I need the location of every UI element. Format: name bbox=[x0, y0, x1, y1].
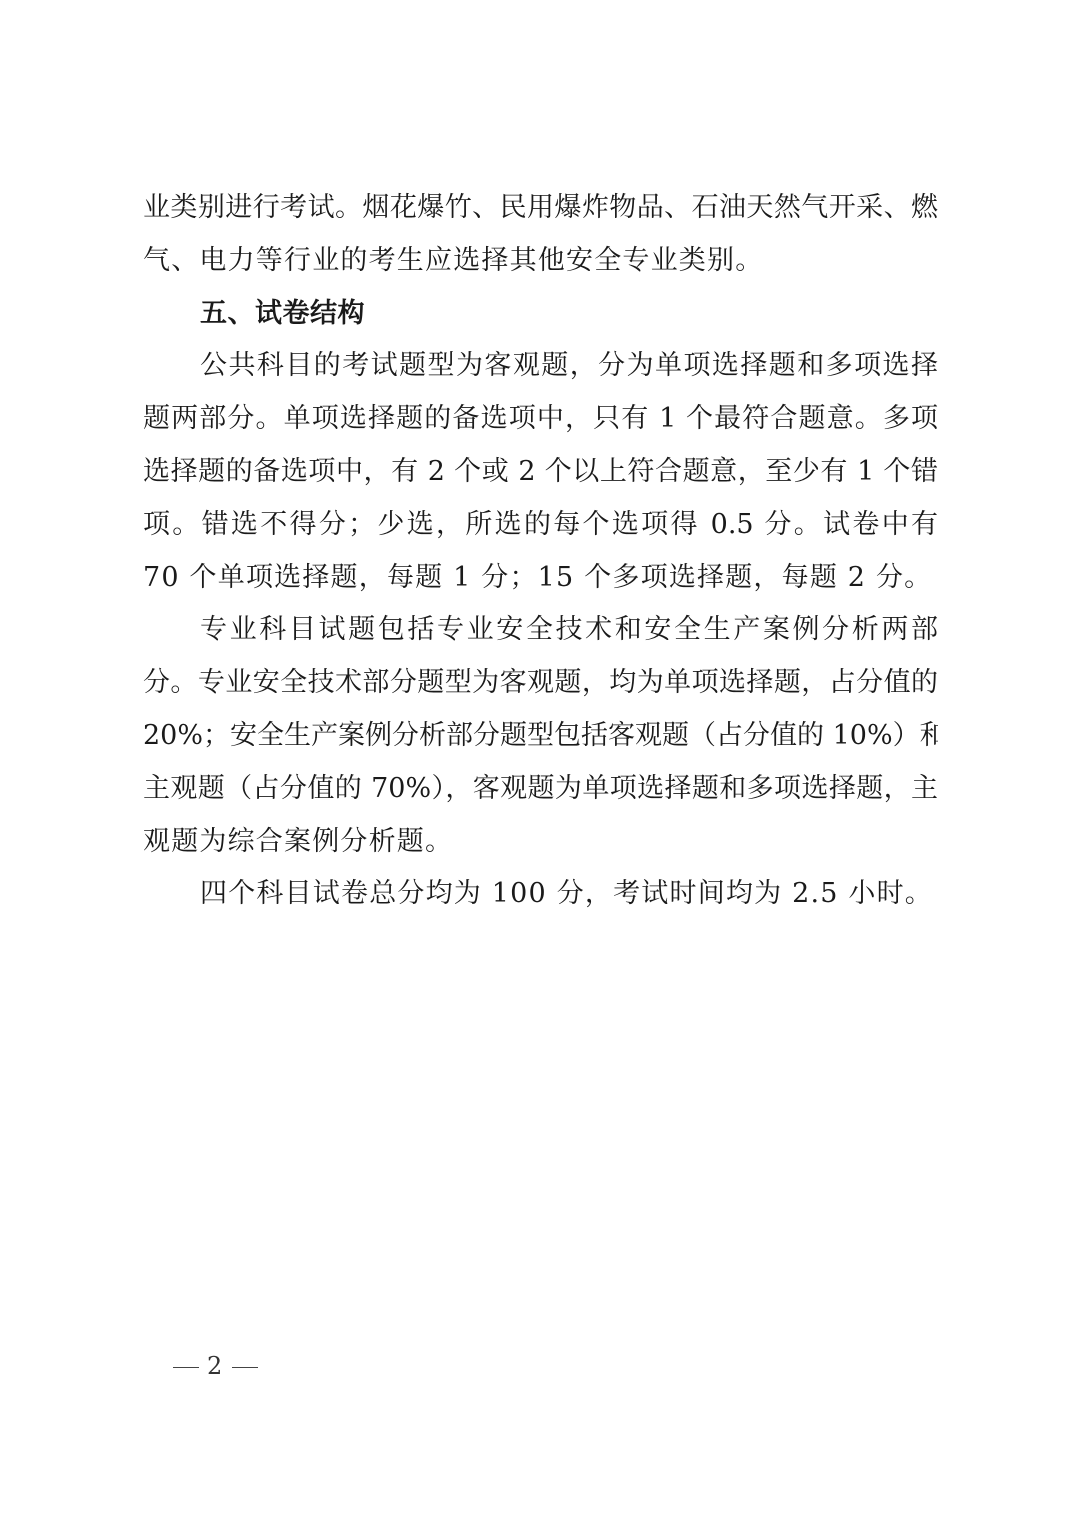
section-heading: 五、试卷结构 bbox=[143, 292, 938, 345]
paragraph-line: 70 个单项选择题，每题 1 分；15 个多项选择题，每题 2 分。 bbox=[143, 556, 938, 609]
paragraph-line: 观题为综合案例分析题。 bbox=[143, 820, 938, 873]
dash-right bbox=[232, 1367, 258, 1368]
paragraph-line: 四个科目试卷总分均为 100 分，考试时间均为 2.5 小时。 bbox=[143, 872, 938, 925]
paragraph-line: 业类别进行考试。烟花爆竹、民用爆炸物品、石油天然气开采、燃 bbox=[143, 186, 938, 239]
paragraph-line: 气、电力等行业的考生应选择其他安全专业类别。 bbox=[143, 239, 938, 292]
paragraph-line: 20%；安全生产案例分析部分题型包括客观题（占分值的 10%）和 bbox=[143, 714, 938, 767]
document-body: 业类别进行考试。烟花爆竹、民用爆炸物品、石油天然气开采、燃 气、电力等行业的考生… bbox=[143, 186, 938, 925]
paragraph-line: 选择题的备选项中，有 2 个或 2 个以上符合题意，至少有 1 个错 bbox=[143, 450, 938, 503]
dash-left bbox=[173, 1367, 199, 1368]
page-number: 2 bbox=[165, 1352, 266, 1380]
page-number-value: 2 bbox=[207, 1352, 224, 1380]
paragraph-line: 主观题（占分值的 70%），客观题为单项选择题和多项选择题，主 bbox=[143, 767, 938, 820]
paragraph-line: 分。专业安全技术部分题型为客观题，均为单项选择题，占分值的 bbox=[143, 661, 938, 714]
paragraph-line: 公共科目的考试题型为客观题，分为单项选择题和多项选择 bbox=[143, 344, 938, 397]
paragraph-line: 专业科目试题包括专业安全技术和安全生产案例分析两部 bbox=[143, 608, 938, 661]
paragraph-line: 项。错选不得分；少选，所选的每个选项得 0.5 分。试卷中有 bbox=[143, 503, 938, 556]
document-page: 业类别进行考试。烟花爆竹、民用爆炸物品、石油天然气开采、燃 气、电力等行业的考生… bbox=[0, 0, 1080, 1527]
paragraph-line: 题两部分。单项选择题的备选项中，只有 1 个最符合题意。多项 bbox=[143, 397, 938, 450]
